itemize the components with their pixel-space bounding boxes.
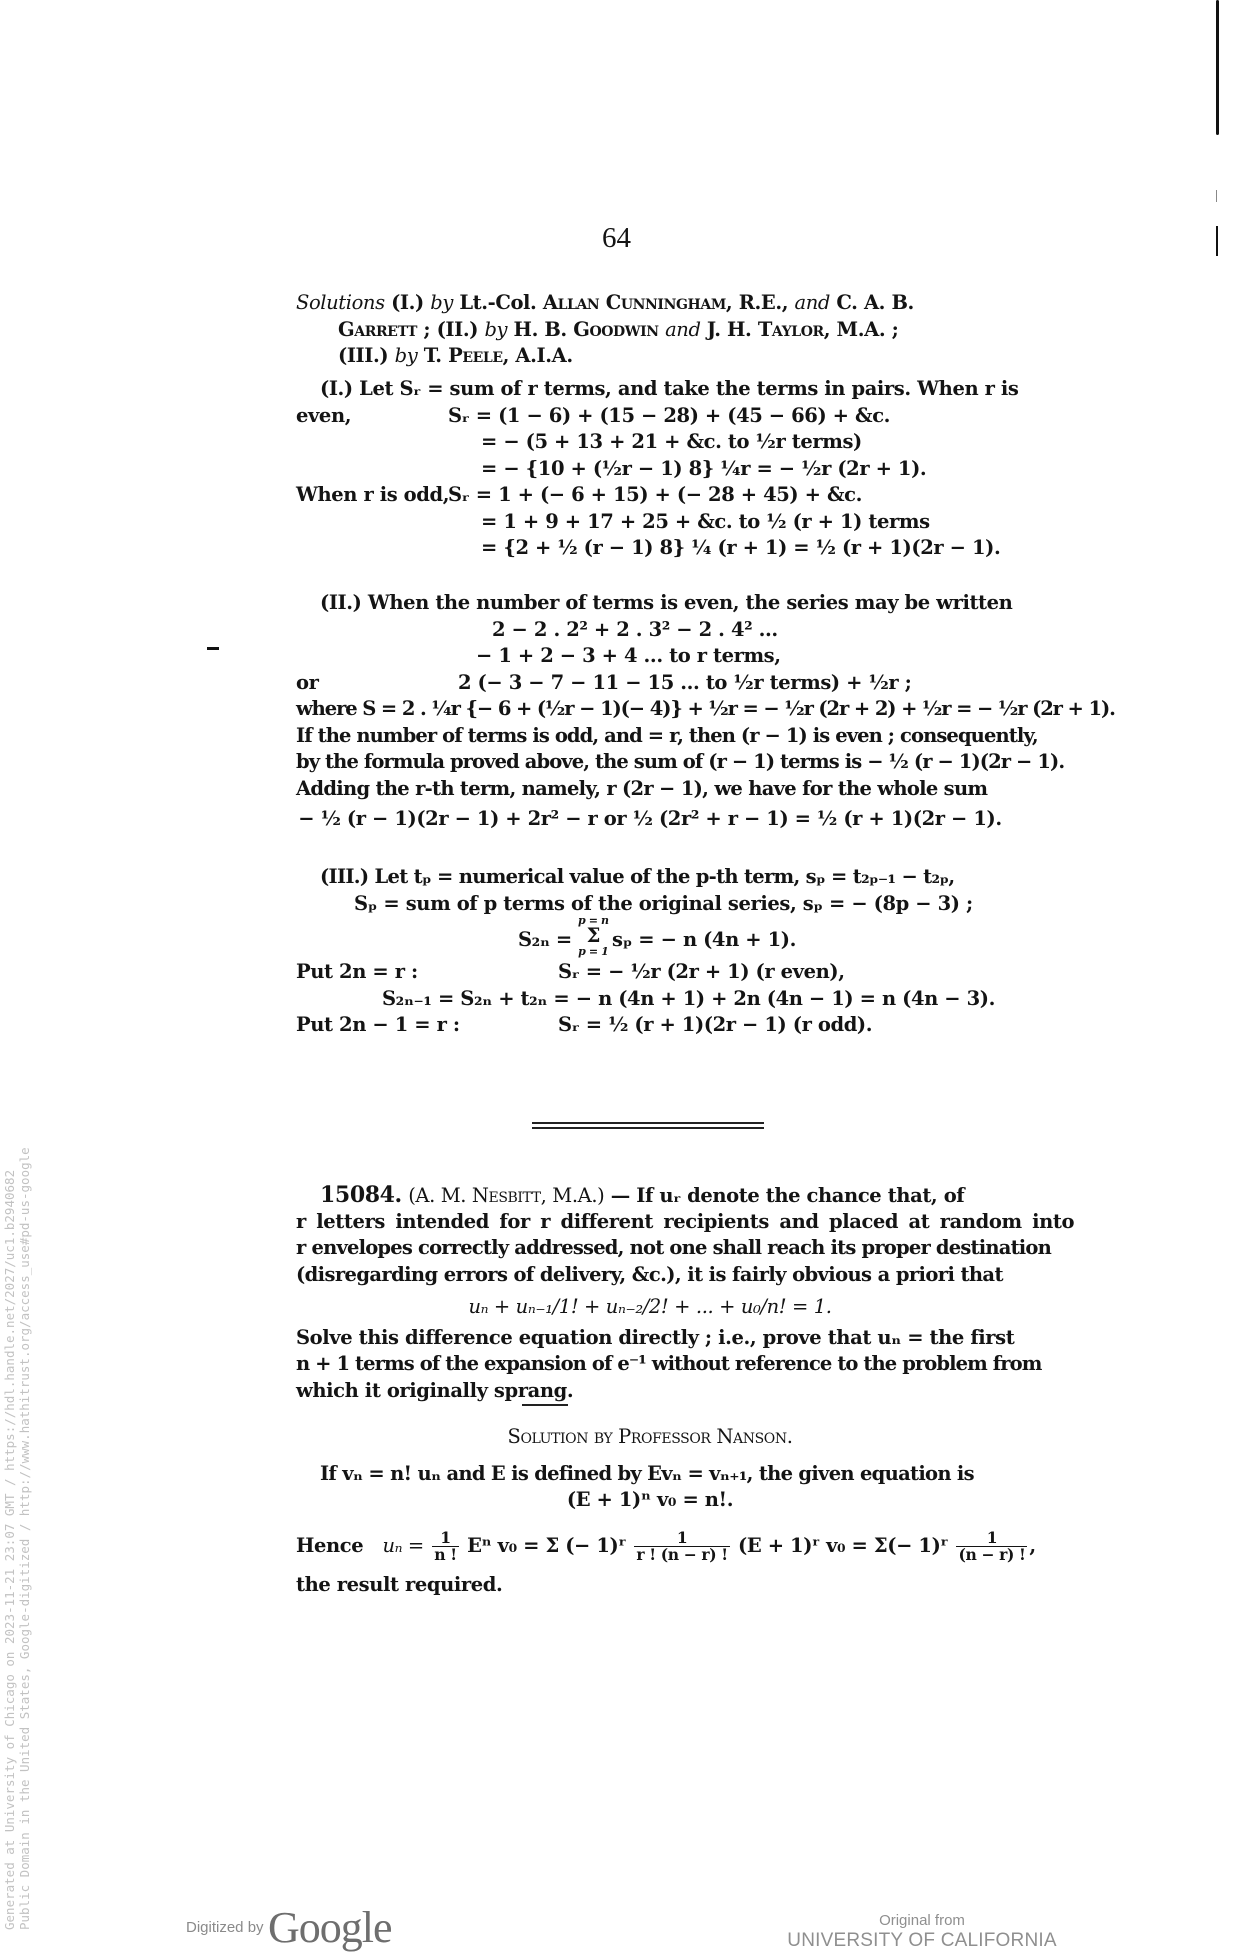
- odd-eq-3: = {2 + ½ (r − 1) 8} ¼ (r + 1) = ½ (r + 1…: [481, 535, 1000, 562]
- put-1-label: Put 2n = r :: [296, 960, 418, 983]
- part-1-odd-row-3: = {2 + ½ (r − 1) 8} ¼ (r + 1) = ½ (r + 1…: [296, 535, 1004, 562]
- solutions-header-line-2: Garrett ; (II.) by H. B. Goodwin and J. …: [296, 317, 1004, 344]
- or-eq: 2 (− 3 − 7 − 11 − 15 ... to ½r terms) + …: [458, 670, 911, 697]
- series-2: − 1 + 2 − 3 + 4 ... to r terms,: [476, 643, 781, 670]
- hence-row: Hence uₙ = 1n ! Eⁿ v₀ = Σ (− 1)ʳ 1r ! (n…: [296, 1520, 1004, 1572]
- question-line-3: r envelopes correctly addressed, not one…: [296, 1235, 1004, 1262]
- put-2-label: Put 2n − 1 = r :: [296, 1013, 460, 1036]
- question-number: 15084.: [320, 1182, 402, 1208]
- solutions-header: Solutions (I.) by Lt.-Col. Allan Cunning…: [296, 290, 1004, 370]
- fraction-1-den: n !: [432, 1547, 458, 1563]
- part-3-intro: (III.) Let tₚ = numerical value of the p…: [296, 864, 1004, 891]
- question-line-5: Solve this difference equation directly …: [296, 1325, 1004, 1352]
- sum-lhs: S₂ₙ =: [518, 927, 572, 954]
- solution-heading: Solution by Professor Nanson.: [296, 1424, 1004, 1451]
- solution-eq-1: (E + 1)ⁿ v₀ = n!.: [296, 1487, 1004, 1514]
- sigma-symbol: p = n Σ p = 1: [578, 915, 609, 957]
- question-line-7: which it originally sprang.: [296, 1378, 1004, 1405]
- watermark-line-1: Generated at University of Chicago on 20…: [2, 1147, 17, 1930]
- original-from: Original from UNIVERSITY OF CALIFORNIA: [782, 1912, 1062, 1952]
- question-15084: 15084. (A. M. Nesbitt, M.A.) — If uᵣ den…: [296, 1182, 1004, 1404]
- question-line-2: r letters intended for r different recip…: [296, 1209, 1004, 1236]
- digitized-by-google: Digitized by Google: [186, 1902, 392, 1953]
- scan-edge-mark: [1216, 190, 1217, 202]
- odd-line-2: by the formula proved above, the sum of …: [296, 749, 1004, 776]
- part-1-intro: (I.) Let Sᵣ = sum of r terms, and take t…: [296, 376, 1004, 403]
- original-from-label: Original from: [782, 1912, 1062, 1930]
- odd-label: When r is odd,: [296, 483, 449, 506]
- part-3-line-2-row: Sₚ = sum of p terms of the original seri…: [296, 891, 1004, 918]
- sum-sigma: Σ: [587, 924, 600, 947]
- hence-mid-1: Eⁿ v₀ = Σ (− 1)ʳ: [467, 1534, 626, 1557]
- solution-line-1: If vₙ = n! uₙ and E is defined by Evₙ = …: [296, 1461, 1004, 1488]
- solution-heading-text: Solution by Professor Nanson.: [507, 1425, 792, 1448]
- question-line-6: n + 1 terms of the expansion of e⁻¹ with…: [296, 1351, 1004, 1378]
- scan-edge-mark: [207, 647, 219, 650]
- watermark-line-2: Public Domain in the United States, Goog…: [17, 1147, 32, 1930]
- fraction-3: 1(n − r) !: [956, 1530, 1027, 1562]
- fraction-1-num: 1: [432, 1530, 458, 1547]
- scan-edge-mark: [1216, 0, 1219, 135]
- page-number: 64: [0, 222, 1233, 255]
- question-line-4: (disregarding errors of delivery, &c.), …: [296, 1262, 1004, 1289]
- fraction-2-den: r ! (n − r) !: [634, 1547, 729, 1563]
- short-separator: [522, 1404, 568, 1406]
- part-2-or-row: or 2 (− 3 − 7 − 11 − 15 ... to ½r terms)…: [296, 670, 1004, 697]
- even-eq-1: Sᵣ = (1 − 6) + (15 − 28) + (45 − 66) + &…: [448, 403, 890, 430]
- part-1-odd-row: When r is odd, Sᵣ = 1 + (− 6 + 15) + (− …: [296, 482, 1004, 509]
- part-2-result: − ½ (r − 1)(2r − 1) + 2r² − r or ½ (2r² …: [296, 806, 1004, 833]
- put-1-row: Put 2n = r : Sᵣ = − ½r (2r + 1) (r even)…: [296, 959, 1004, 986]
- scanned-page: 64 Solutions (I.) by Lt.-Col. Allan Cunn…: [0, 0, 1233, 1959]
- put-2-row: Put 2n − 1 = r : Sᵣ = ½ (r + 1)(2r − 1) …: [296, 1012, 1004, 1039]
- hence-end: ,: [1029, 1534, 1035, 1557]
- fraction-2: 1r ! (n − r) !: [634, 1530, 729, 1562]
- hathitrust-watermark: Generated at University of Chicago on 20…: [2, 1147, 32, 1930]
- put-1-eq: Sᵣ = − ½r (2r + 1) (r even),: [558, 959, 845, 986]
- odd-line-1: If the number of terms is odd, and = r, …: [296, 723, 1004, 750]
- section-separator: [532, 1122, 764, 1129]
- sum-lower-limit: p = 1: [578, 946, 609, 957]
- even-label: even,: [296, 404, 351, 427]
- fraction-3-num: 1: [956, 1530, 1027, 1547]
- fraction-2-num: 1: [634, 1530, 729, 1547]
- hence-label: Hence: [296, 1534, 363, 1557]
- part-1: (I.) Let Sᵣ = sum of r terms, and take t…: [296, 376, 1004, 562]
- mid-eq: S₂ₙ₋₁ = S₂ₙ + t₂ₙ = − n (4n + 1) + 2n (4…: [382, 986, 995, 1013]
- solution-conclusion: the result required.: [296, 1572, 1004, 1599]
- part-1-even-row-3: = − {10 + (½r − 1) 8} ¼r = − ½r (2r + 1)…: [296, 456, 1004, 483]
- digitized-by-label: Digitized by: [186, 1919, 264, 1936]
- odd-eq-2: = 1 + 9 + 17 + 25 + &c. to ½ (r + 1) ter…: [481, 509, 930, 536]
- sum-row: S₂ₙ = p = n Σ p = 1 sₚ = − n (4n + 1).: [296, 917, 1004, 959]
- part-2: (II.) When the number of terms is even, …: [296, 590, 1004, 833]
- even-eq-2: = − (5 + 13 + 21 + &c. to ½r terms): [481, 429, 862, 456]
- or-label: or: [296, 671, 318, 694]
- hence-mid-2: (E + 1)ʳ v₀ = Σ(− 1)ʳ: [738, 1534, 948, 1557]
- part-1-odd-row-2: = 1 + 9 + 17 + 25 + &c. to ½ (r + 1) ter…: [296, 509, 1004, 536]
- solutions-header-line-1: Solutions (I.) by Lt.-Col. Allan Cunning…: [296, 290, 1004, 317]
- part-3-line-2: Sₚ = sum of p terms of the original seri…: [354, 891, 973, 918]
- mid-eq-row: S₂ₙ₋₁ = S₂ₙ + t₂ₙ = − n (4n + 1) + 2n (4…: [296, 986, 1004, 1013]
- put-2-eq: Sᵣ = ½ (r + 1)(2r − 1) (r odd).: [558, 1012, 872, 1039]
- part-3: (III.) Let tₚ = numerical value of the p…: [296, 864, 1004, 1039]
- institution-name: UNIVERSITY OF CALIFORNIA: [782, 1930, 1062, 1952]
- google-logo: Google: [268, 1903, 392, 1952]
- part-2-series-2-row: − 1 + 2 − 3 + 4 ... to r terms,: [296, 643, 1004, 670]
- nanson-solution: Solution by Professor Nanson. If vₙ = n!…: [296, 1424, 1004, 1598]
- part-1-even-row-2: = − (5 + 13 + 21 + &c. to ½r terms): [296, 429, 1004, 456]
- odd-line-3: Adding the r-th term, namely, r (2r − 1)…: [296, 776, 1004, 803]
- part-1-even-row: even, Sᵣ = (1 − 6) + (15 − 28) + (45 − 6…: [296, 403, 1004, 430]
- question-author: (A. M. Nesbitt, M.A.): [408, 1184, 604, 1207]
- question-line-1: 15084. (A. M. Nesbitt, M.A.) — If uᵣ den…: [296, 1182, 1004, 1209]
- fraction-1: 1n !: [432, 1530, 458, 1562]
- part-2-intro: (II.) When the number of terms is even, …: [296, 590, 1004, 617]
- series-1: 2 − 2 . 2² + 2 . 3² − 2 . 4² ...: [492, 617, 778, 644]
- even-eq-3: = − {10 + (½r − 1) 8} ¼r = − ½r (2r + 1)…: [481, 456, 926, 483]
- fraction-3-den: (n − r) !: [956, 1547, 1027, 1563]
- part-2-result-row: − ½ (r − 1)(2r − 1) + 2r² − r or ½ (2r² …: [296, 806, 1004, 833]
- question-equation: uₙ + uₙ₋₁/1! + uₙ₋₂/2! + ... + u₀/n! = 1…: [296, 1294, 1004, 1321]
- hence-lhs: uₙ =: [382, 1534, 423, 1557]
- question-line-1-rest: — If uᵣ denote the chance that, of: [611, 1184, 965, 1207]
- part-2-series-1-row: 2 − 2 . 2² + 2 . 3² − 2 . 4² ...: [296, 617, 1004, 644]
- sum-rhs: sₚ = − n (4n + 1).: [612, 927, 796, 954]
- where-line: where S = 2 . ¼r {− 6 + (½r − 1)(− 4)} +…: [296, 696, 1004, 723]
- odd-eq-1: Sᵣ = 1 + (− 6 + 15) + (− 28 + 45) + &c.: [448, 482, 862, 509]
- solutions-header-line-3: (III.) by T. Peele, A.I.A.: [296, 343, 1004, 370]
